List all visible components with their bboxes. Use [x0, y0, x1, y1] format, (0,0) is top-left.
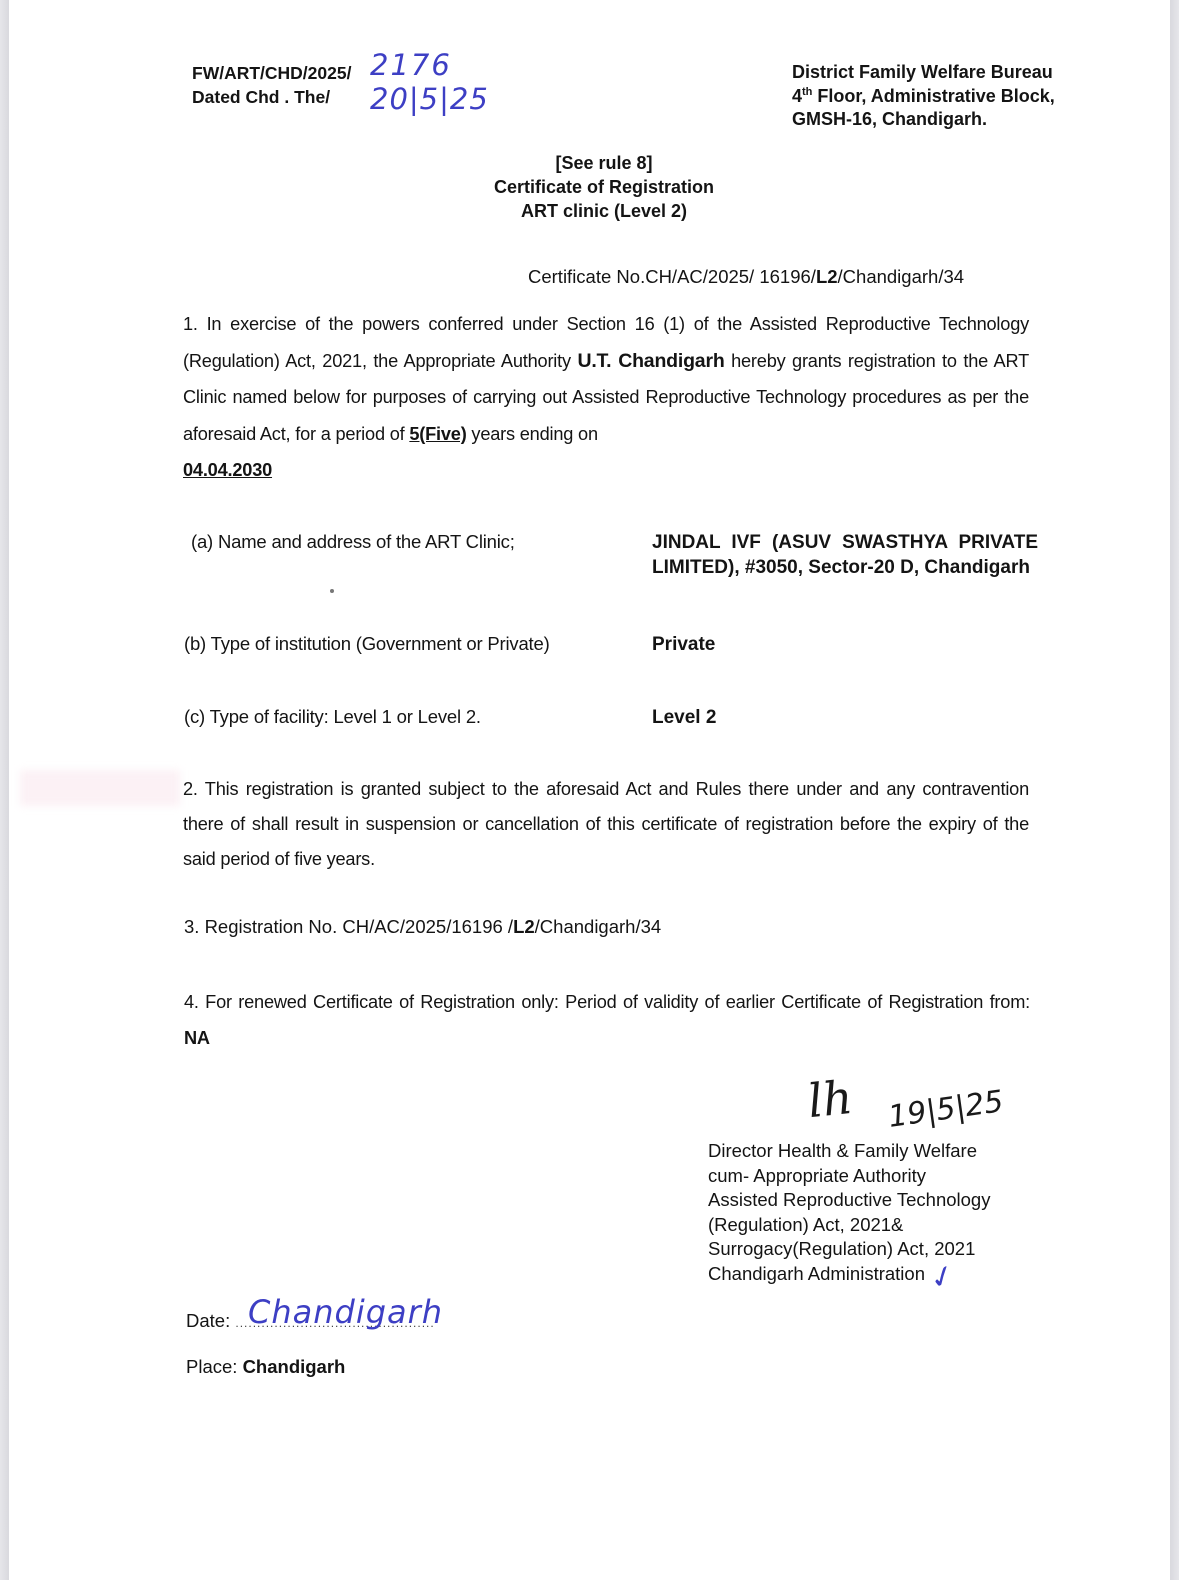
date-label: Date: [186, 1310, 235, 1331]
page-edge-left [0, 0, 9, 1580]
floor-building: Floor, Administrative Block, [812, 86, 1054, 106]
floor-ordinal: th [802, 86, 812, 98]
document-title: [See rule 8] Certificate of Registration… [470, 151, 738, 223]
office-floor: 4th Floor, Administrative Block, [792, 85, 1055, 109]
signatory-title: Director Health & Family Welfare [708, 1139, 990, 1164]
signatory-role: cum- Appropriate Authority [708, 1164, 990, 1189]
registration-number-suffix: /Chandigarh/34 [535, 916, 662, 937]
page-edge-right [1170, 0, 1179, 1580]
signature-date: 19|5|25 [886, 1084, 1005, 1135]
handwritten-reference-number: 2176 [370, 48, 452, 82]
institution-type-value: Private [652, 632, 1038, 657]
certificate-number-prefix: Certificate No.CH/AC/2025/ 16196/ [528, 266, 816, 287]
office-name: District Family Welfare Bureau [792, 61, 1055, 85]
appropriate-authority: U.T. Chandigarh [577, 350, 724, 372]
certificate-subheading: ART clinic (Level 2) [470, 199, 738, 223]
institution-type-label: (b) Type of institution (Government or P… [184, 633, 550, 655]
previous-validity-value: NA [184, 1028, 210, 1048]
dated-label: Dated Chd . The/ [192, 85, 351, 109]
paragraph-1: 1. In exercise of the powers conferred u… [183, 306, 1029, 489]
paragraph-4: 4. For renewed Certificate of Registrati… [184, 984, 1030, 1056]
handwritten-reference-date: 20|5|25 [370, 82, 489, 116]
certificate-number: Certificate No.CH/AC/2025/ 16196/L2/Chan… [528, 266, 964, 288]
handwritten-date-field: Chandigarh [248, 1293, 443, 1331]
registration-number: 3. Registration No. CH/AC/2025/16196 /L2… [184, 916, 661, 938]
reference-prefix: FW/ART/CHD/2025/ [192, 61, 351, 85]
certificate-number-level: L2 [816, 266, 838, 287]
office-city: GMSH-16, Chandigarh. [792, 108, 1055, 132]
office-address: District Family Welfare Bureau 4th Floor… [792, 61, 1055, 132]
paragraph-1-text: years ending on [467, 424, 598, 444]
place-value: Chandigarh [243, 1356, 346, 1377]
facility-type-label: (c) Type of facility: Level 1 or Level 2… [184, 706, 481, 728]
clinic-name-value: JINDAL IVF (ASUV SWASTHYA PRIVATE LIMITE… [652, 530, 1038, 580]
stray-mark [330, 589, 334, 593]
signatory-act-1: Assisted Reproductive Technology [708, 1188, 990, 1213]
signatory-act-1-year: (Regulation) Act, 2021& [708, 1213, 990, 1238]
certificate-number-suffix: /Chandigarh/34 [838, 266, 965, 287]
paragraph-4-text: 4. For renewed Certificate of Registrati… [184, 992, 1030, 1012]
rule-reference: [See rule 8] [470, 151, 738, 175]
clinic-name-label: (a) Name and address of the ART Clinic; [191, 531, 515, 553]
certificate-heading: Certificate of Registration [470, 175, 738, 199]
place-line: Place: Chandigarh [186, 1356, 345, 1378]
registration-number-level: L2 [513, 916, 535, 937]
paragraph-2: 2. This registration is granted subject … [183, 772, 1029, 877]
registration-number-prefix: 3. Registration No. CH/AC/2025/16196 / [184, 916, 513, 937]
registration-period: 5(Five) [409, 424, 466, 444]
place-label: Place: [186, 1356, 243, 1377]
floor-number: 4 [792, 86, 802, 106]
reference-block: FW/ART/CHD/2025/ Dated Chd . The/ [192, 61, 351, 109]
signature: lh [805, 1070, 855, 1128]
facility-type-value: Level 2 [652, 705, 1038, 730]
scan-streak [20, 770, 180, 806]
registration-end-date: 04.04.2030 [183, 460, 272, 480]
